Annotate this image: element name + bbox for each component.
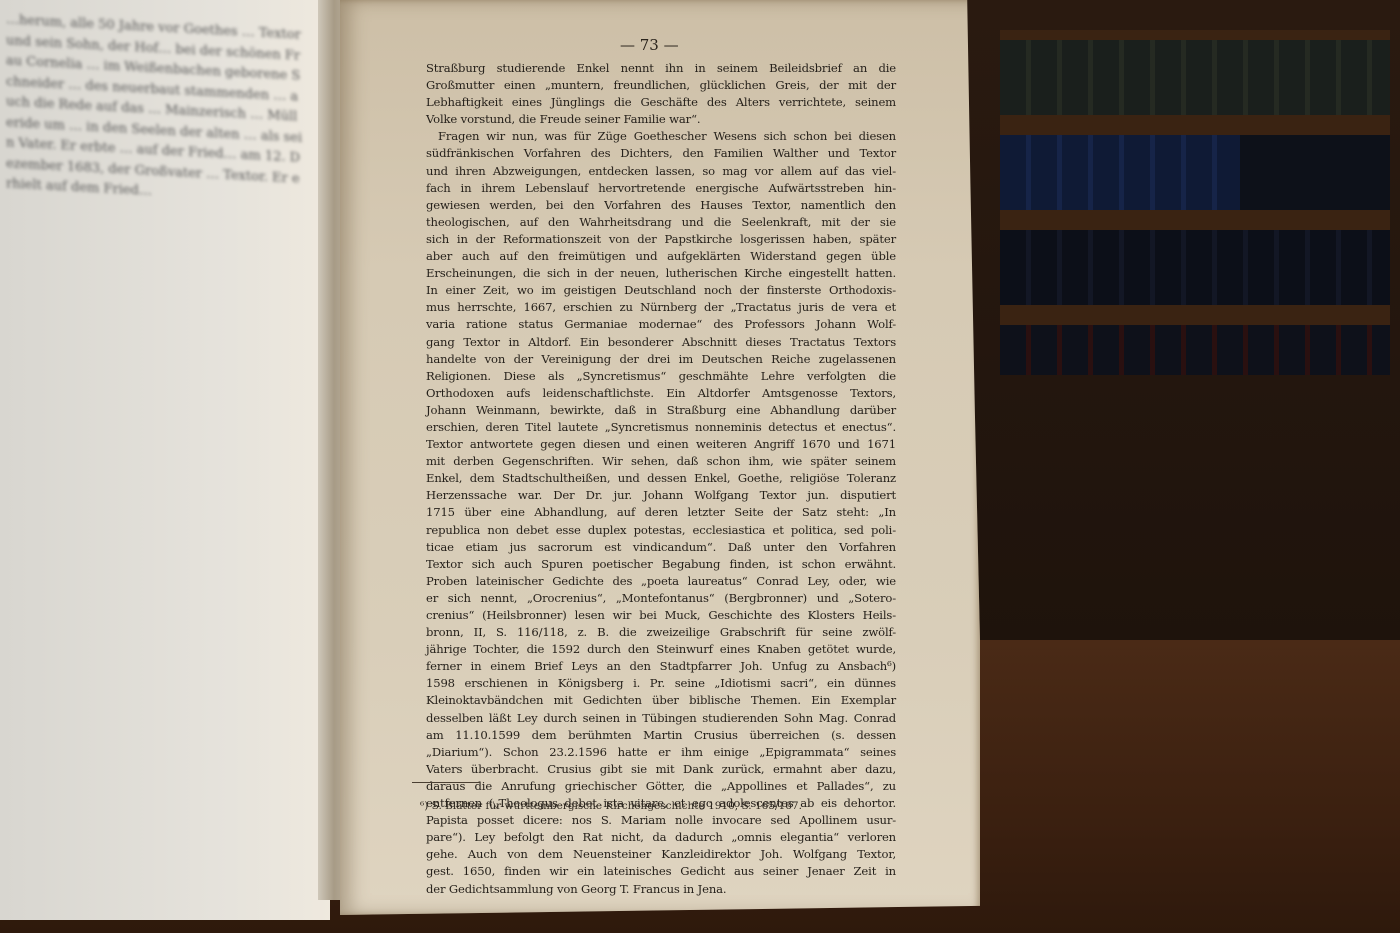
text-line: 1598 erschienen in Königsberg i. Pr. sei… — [426, 675, 896, 692]
footnote: ⁶) S. Blätter für württembergische Kirch… — [420, 800, 840, 812]
text-line: Vaters überbracht. Crusius gibt sie mit … — [426, 761, 896, 778]
text-line: mus herrschte, 1667, erschien zu Nürnber… — [426, 299, 896, 316]
text-line: Lebhaftigkeit eines Jünglings die Geschä… — [426, 94, 896, 111]
text-line: gehe. Auch von dem Neuensteiner Kanzleid… — [426, 846, 896, 863]
text-line: daraus die Anrufung griechischer Götter,… — [426, 778, 896, 795]
text-line: ferner in einem Brief Leys an den Stadtp… — [426, 658, 896, 675]
text-line: Religionen. Diese als „Syncretismus“ ges… — [426, 368, 896, 385]
text-line: 1715 über eine Abhandlung, auf deren let… — [426, 504, 896, 521]
bookshelf-row — [1000, 125, 1390, 220]
text-line: Fragen wir nun, was für Züge Goethescher… — [426, 128, 896, 145]
text-line: varia ratione status Germaniae modernae“… — [426, 316, 896, 333]
text-line: aber auch auf den freimütigen und aufgek… — [426, 248, 896, 265]
text-line: pare“). Ley befolgt den Rat nicht, da da… — [426, 829, 896, 846]
text-line: Orthodoxen aufs leidenschaftlichste. Ein… — [426, 385, 896, 402]
text-line: Herzenssache war. Der Dr. jur. Johann Wo… — [426, 487, 896, 504]
text-line: Proben lateinischer Gedichte des „poeta … — [426, 573, 896, 590]
text-line: jährige Tochter, die 1592 durch den Stei… — [426, 641, 896, 658]
text-line: Textor antwortete gegen diesen und einen… — [426, 436, 896, 453]
page-number: — 73 — — [620, 36, 679, 54]
text-line: Großmutter einen „muntern, freundlichen,… — [426, 77, 896, 94]
text-line: südfränkischen Vorfahren des Dichters, d… — [426, 145, 896, 162]
text-line: desselben läßt Ley durch seinen in Tübin… — [426, 710, 896, 727]
text-line: handelte von der Vereinigung der drei im… — [426, 351, 896, 368]
text-line: Volke vorstund, die Freude seiner Famili… — [426, 111, 896, 128]
text-line: gewiesen werden, bei den Vorfahren des H… — [426, 197, 896, 214]
bookshelf-row — [1000, 30, 1390, 125]
left-page-text: …herum, alle 50 Jahre vor Goethes … Text… — [0, 0, 310, 916]
text-line: Papista posset dicere: nos S. Mariam nol… — [426, 812, 896, 829]
text-line: der Gedichtsammlung von Georg T. Francus… — [426, 881, 896, 898]
text-line: und ihren Abzweigungen, entdecken lassen… — [426, 163, 896, 180]
text-line: fach in ihrem Lebenslauf hervortretende … — [426, 180, 896, 197]
text-line: ticae etiam jus sacrorum est vindicandum… — [426, 539, 896, 556]
text-line: gang Textor in Altdorf. Ein besonderer A… — [426, 334, 896, 351]
text-line: Enkel, dem Stadtschultheißen, und dessen… — [426, 470, 896, 487]
text-line: er sich nennt, „Orocrenius“, „Montefonta… — [426, 590, 896, 607]
text-line: bronn, II, S. 116/118, z. B. die zweizei… — [426, 624, 896, 641]
text-line: crenius“ (Heilsbronner) lesen wir bei Mu… — [426, 607, 896, 624]
text-line: am 11.10.1599 dem berühmten Martin Crusi… — [426, 727, 896, 744]
text-line: Kleinoktavbändchen mit Gedichten über bi… — [426, 692, 896, 709]
text-line: Johann Weinmann, bewirkte, daß in Straßb… — [426, 402, 896, 419]
text-line: republica non debet esse duplex potestas… — [426, 522, 896, 539]
text-line: Erscheinungen, die sich in der neuen, lu… — [426, 265, 896, 282]
text-line: „Diarium“). Schon 23.2.1596 hatte er ihm… — [426, 744, 896, 761]
text-line: Straßburg studierende Enkel nennt ihn in… — [426, 60, 896, 77]
text-line: gest. 1650, finden wir ein lateinisches … — [426, 863, 896, 880]
text-line: theologischen, auf den Wahrheitsdrang un… — [426, 214, 896, 231]
bookshelf-row — [1000, 220, 1390, 315]
page-body-text: Straßburg studierende Enkel nennt ihn in… — [426, 60, 896, 898]
left-page: …herum, alle 50 Jahre vor Goethes … Text… — [0, 0, 330, 920]
text-line: mit derben Gegenschriften. Wir sehen, da… — [426, 453, 896, 470]
text-line: Textor sich auch Spuren poetischer Begab… — [426, 556, 896, 573]
text-line: In einer Zeit, wo im geistigen Deutschla… — [426, 282, 896, 299]
footnote-rule — [412, 782, 480, 783]
text-line: erschien, deren Titel lautete „Syncretis… — [426, 419, 896, 436]
text-line: sich in der Reformationszeit von der Pap… — [426, 231, 896, 248]
bookshelf-row — [1000, 315, 1390, 375]
